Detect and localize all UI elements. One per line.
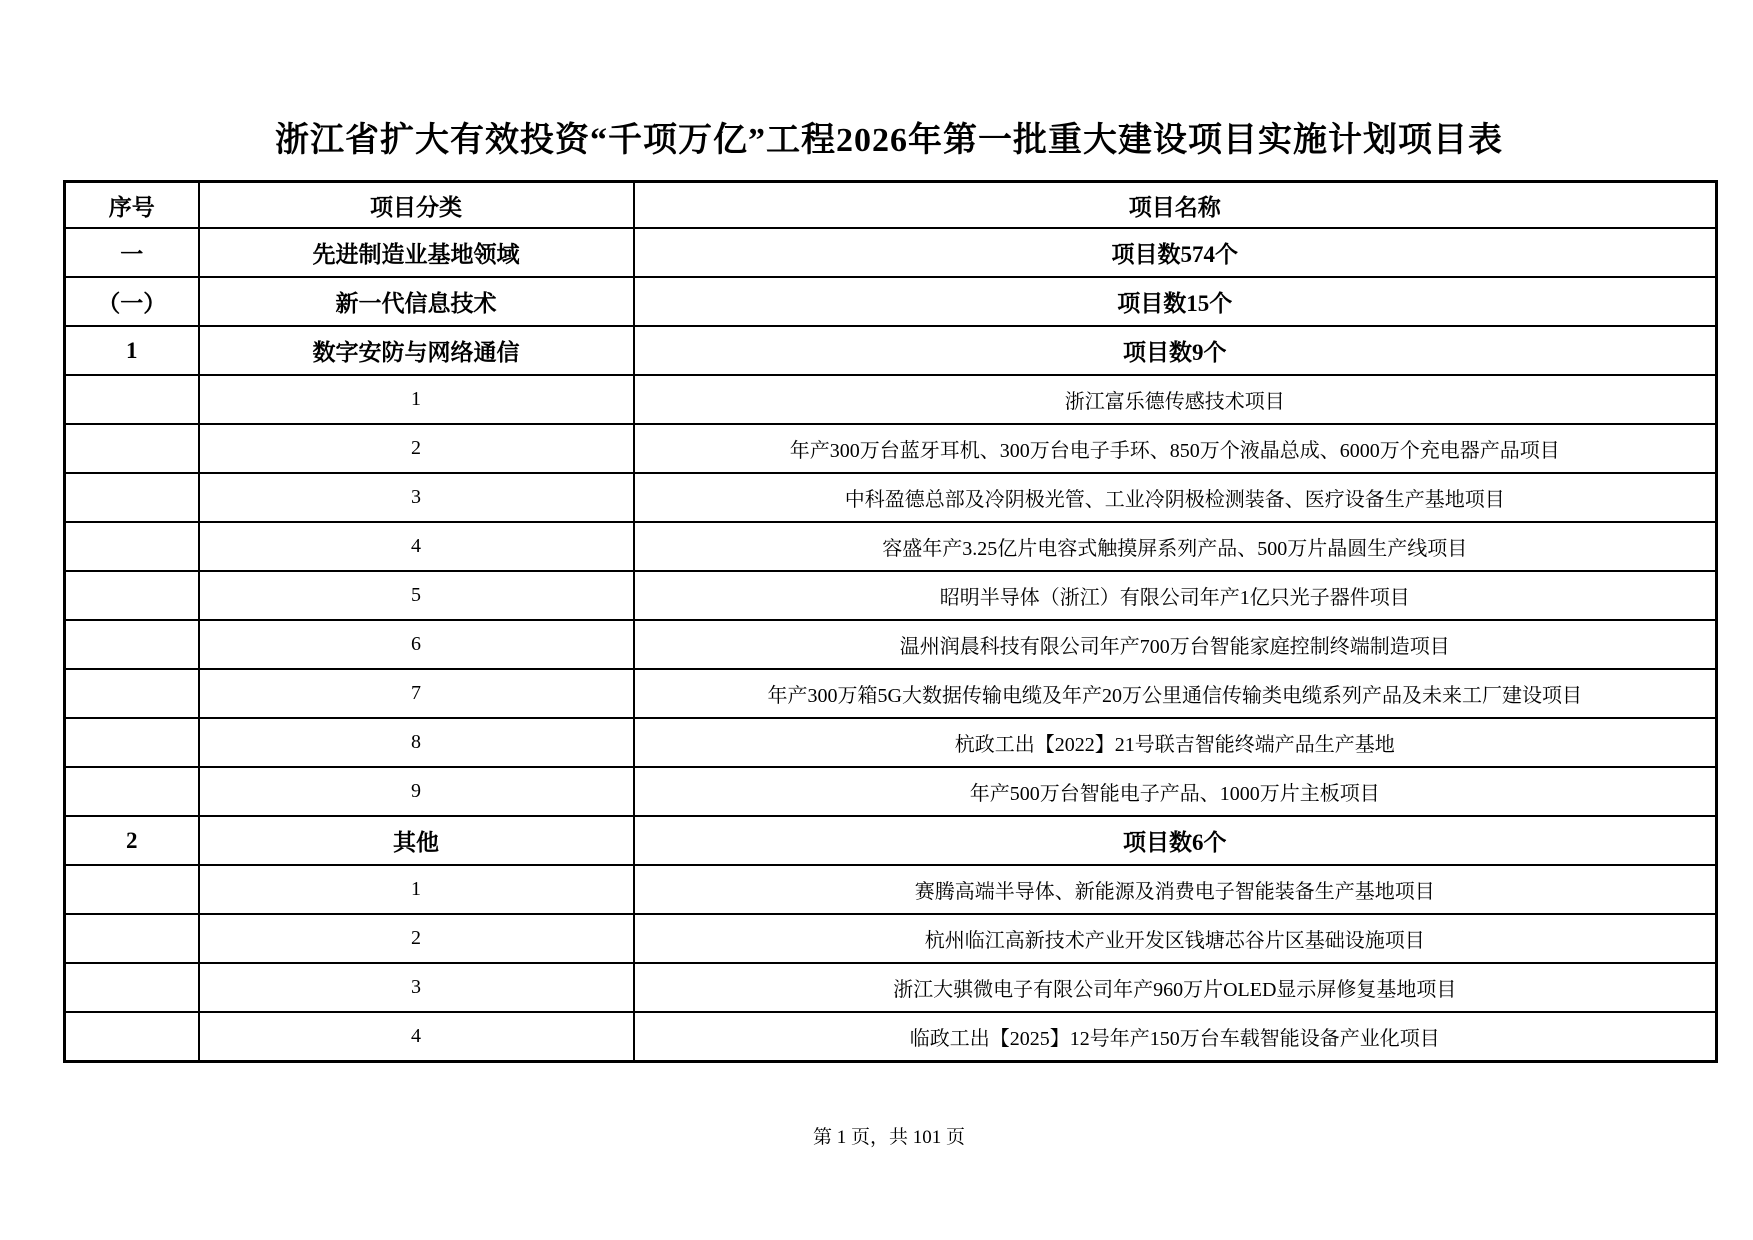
header-serial: 序号 <box>65 182 199 229</box>
cell-category: 3 <box>199 963 634 1012</box>
page-footer: 第 1 页，共 101 页 <box>63 1122 1715 1149</box>
cell-category: 其他 <box>199 816 634 865</box>
cell-project-name: 项目数9个 <box>634 326 1717 375</box>
cell-serial <box>65 473 199 522</box>
cell-project-name: 浙江富乐德传感技术项目 <box>634 375 1717 424</box>
header-category: 项目分类 <box>199 182 634 229</box>
cell-serial <box>65 522 199 571</box>
cell-category: 7 <box>199 669 634 718</box>
table-row: 4 容盛年产3.25亿片电容式触摸屏系列产品、500万片晶圆生产线项目 <box>65 522 1717 571</box>
cell-project-name: 温州润晨科技有限公司年产700万台智能家庭控制终端制造项目 <box>634 620 1717 669</box>
cell-project-name: 杭政工出【2022】21号联吉智能终端产品生产基地 <box>634 718 1717 767</box>
cell-project-name: 赛腾高端半导体、新能源及消费电子智能装备生产基地项目 <box>634 865 1717 914</box>
document-page: 浙江省扩大有效投资“千项万亿”工程2026年第一批重大建设项目实施计划项目表 序… <box>0 0 1753 1240</box>
table-row: 4 临政工出【2025】12号年产150万台车载智能设备产业化项目 <box>65 1012 1717 1062</box>
cell-category: 8 <box>199 718 634 767</box>
cell-project-name: 项目数574个 <box>634 228 1717 277</box>
table-row: 1 浙江富乐德传感技术项目 <box>65 375 1717 424</box>
cell-project-name: 项目数6个 <box>634 816 1717 865</box>
cell-project-name: 杭州临江高新技术产业开发区钱塘芯谷片区基础设施项目 <box>634 914 1717 963</box>
cell-project-name: 项目数15个 <box>634 277 1717 326</box>
cell-project-name: 浙江大骐微电子有限公司年产960万片OLED显示屏修复基地项目 <box>634 963 1717 1012</box>
cell-serial: 2 <box>65 816 199 865</box>
cell-serial <box>65 865 199 914</box>
cell-serial <box>65 914 199 963</box>
cell-serial <box>65 375 199 424</box>
table-row: 9 年产500万台智能电子产品、1000万片主板项目 <box>65 767 1717 816</box>
cell-project-name: 容盛年产3.25亿片电容式触摸屏系列产品、500万片晶圆生产线项目 <box>634 522 1717 571</box>
cell-category: 数字安防与网络通信 <box>199 326 634 375</box>
project-table: 序号 项目分类 项目名称 一 先进制造业基地领域 项目数574个 （一） 新一代… <box>63 180 1718 1063</box>
cell-serial <box>65 1012 199 1062</box>
cell-serial <box>65 571 199 620</box>
table-row: （一） 新一代信息技术 项目数15个 <box>65 277 1717 326</box>
table-row: 8 杭政工出【2022】21号联吉智能终端产品生产基地 <box>65 718 1717 767</box>
cell-category: 1 <box>199 375 634 424</box>
cell-serial: （一） <box>65 277 199 326</box>
cell-serial <box>65 669 199 718</box>
table-row: 2 杭州临江高新技术产业开发区钱塘芯谷片区基础设施项目 <box>65 914 1717 963</box>
cell-category: 4 <box>199 1012 634 1062</box>
cell-category: 4 <box>199 522 634 571</box>
table-row: 5 昭明半导体（浙江）有限公司年产1亿只光子器件项目 <box>65 571 1717 620</box>
cell-category: 新一代信息技术 <box>199 277 634 326</box>
cell-project-name: 中科盈德总部及冷阴极光管、工业冷阴极检测装备、医疗设备生产基地项目 <box>634 473 1717 522</box>
cell-category: 6 <box>199 620 634 669</box>
cell-project-name: 年产300万台蓝牙耳机、300万台电子手环、850万个液晶总成、6000万个充电… <box>634 424 1717 473</box>
cell-category: 9 <box>199 767 634 816</box>
table-row: 1 数字安防与网络通信 项目数9个 <box>65 326 1717 375</box>
cell-serial <box>65 424 199 473</box>
table-row: 2 其他 项目数6个 <box>65 816 1717 865</box>
cell-project-name: 年产300万箱5G大数据传输电缆及年产20万公里通信传输类电缆系列产品及未来工厂… <box>634 669 1717 718</box>
cell-serial <box>65 767 199 816</box>
cell-project-name: 临政工出【2025】12号年产150万台车载智能设备产业化项目 <box>634 1012 1717 1062</box>
cell-serial <box>65 620 199 669</box>
cell-category: 3 <box>199 473 634 522</box>
cell-serial <box>65 963 199 1012</box>
cell-category: 1 <box>199 865 634 914</box>
cell-category: 2 <box>199 914 634 963</box>
cell-serial <box>65 718 199 767</box>
table-row: 3 浙江大骐微电子有限公司年产960万片OLED显示屏修复基地项目 <box>65 963 1717 1012</box>
header-project-name: 项目名称 <box>634 182 1717 229</box>
cell-project-name: 昭明半导体（浙江）有限公司年产1亿只光子器件项目 <box>634 571 1717 620</box>
table-row: 6 温州润晨科技有限公司年产700万台智能家庭控制终端制造项目 <box>65 620 1717 669</box>
cell-category: 2 <box>199 424 634 473</box>
cell-serial: 一 <box>65 228 199 277</box>
cell-serial: 1 <box>65 326 199 375</box>
page-title: 浙江省扩大有效投资“千项万亿”工程2026年第一批重大建设项目实施计划项目表 <box>63 112 1715 161</box>
table-row: 2 年产300万台蓝牙耳机、300万台电子手环、850万个液晶总成、6000万个… <box>65 424 1717 473</box>
table-row: 7 年产300万箱5G大数据传输电缆及年产20万公里通信传输类电缆系列产品及未来… <box>65 669 1717 718</box>
table-header-row: 序号 项目分类 项目名称 <box>65 182 1717 229</box>
table-row: 3 中科盈德总部及冷阴极光管、工业冷阴极检测装备、医疗设备生产基地项目 <box>65 473 1717 522</box>
table-row: 一 先进制造业基地领域 项目数574个 <box>65 228 1717 277</box>
cell-category: 先进制造业基地领域 <box>199 228 634 277</box>
cell-project-name: 年产500万台智能电子产品、1000万片主板项目 <box>634 767 1717 816</box>
table-row: 1 赛腾高端半导体、新能源及消费电子智能装备生产基地项目 <box>65 865 1717 914</box>
cell-category: 5 <box>199 571 634 620</box>
